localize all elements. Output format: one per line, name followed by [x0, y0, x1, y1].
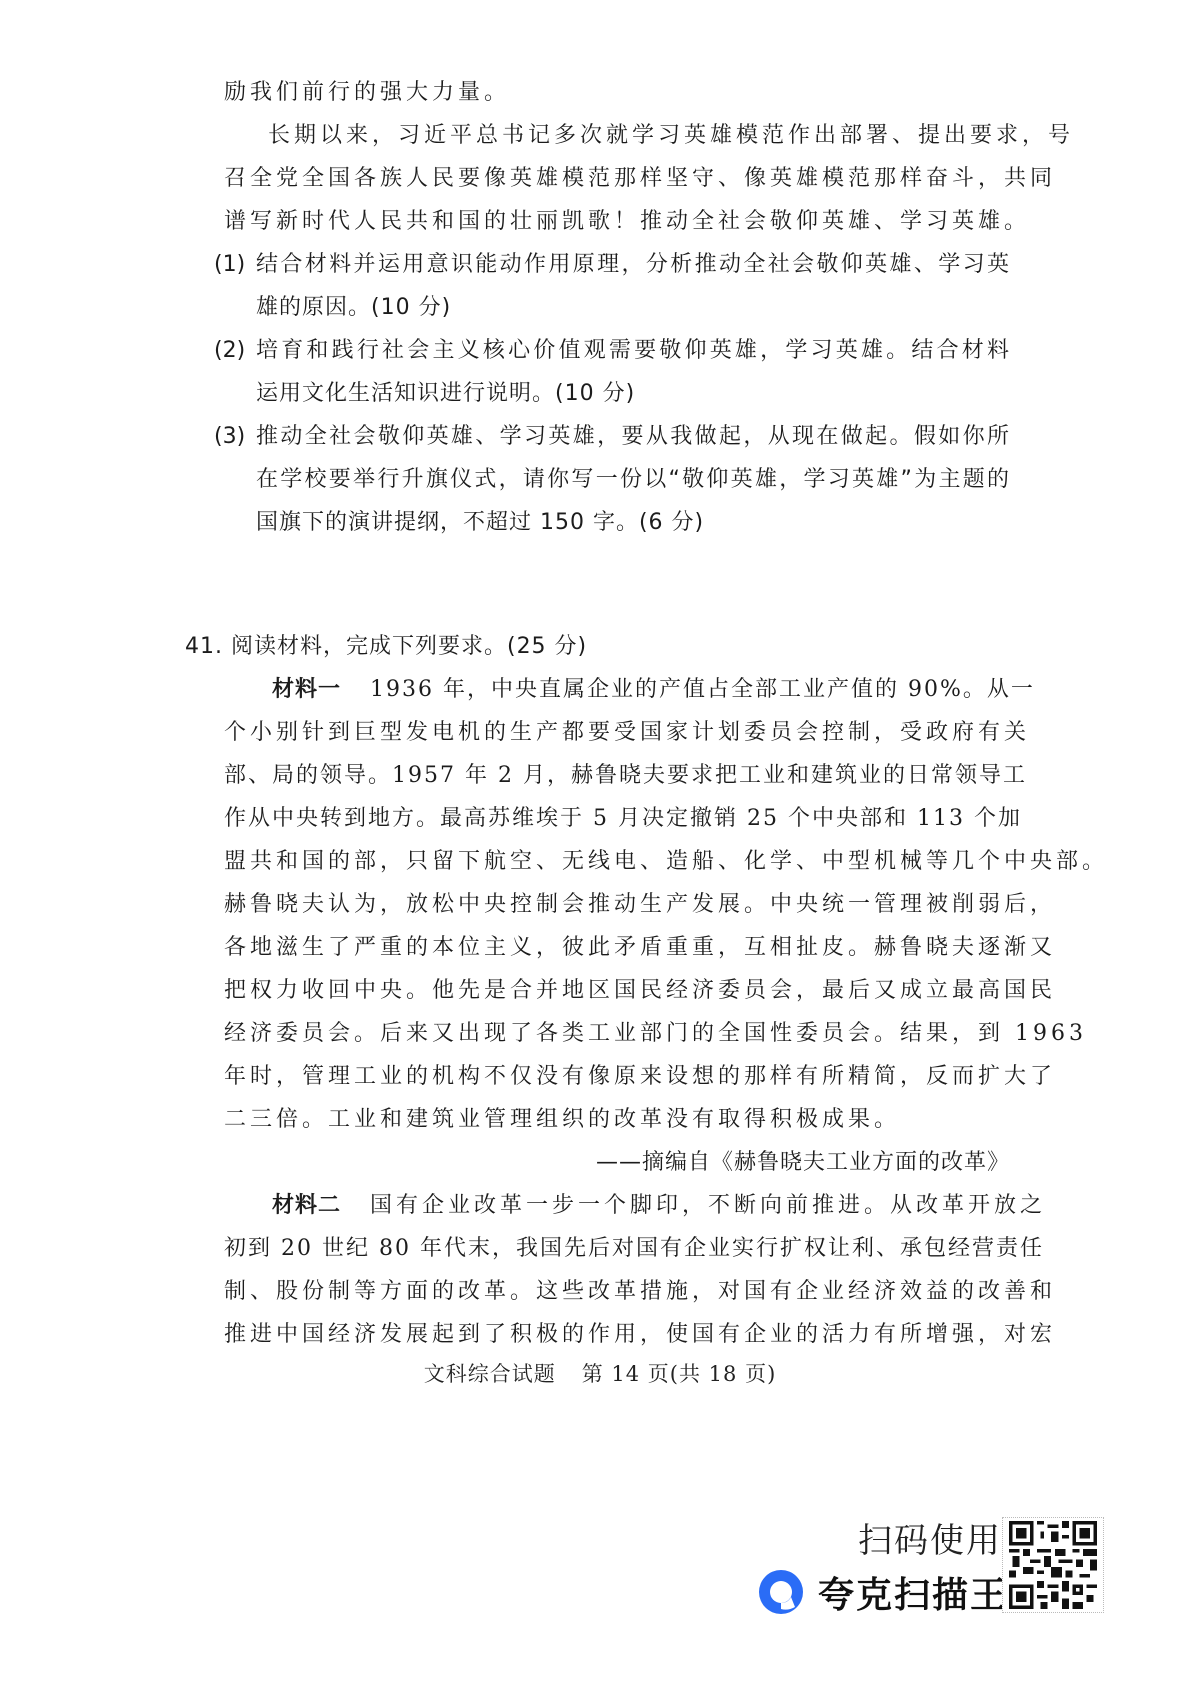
- material-line: 经济委员会。后来又出现了各类工业部门的全国性委员会。结果，到 1963: [224, 1019, 1010, 1049]
- paragraph-line: 谱写新时代人民共和国的壮丽凯歌！推动全社会敬仰英雄、学习英雄。: [224, 207, 1030, 237]
- material-1-label: 材料一: [272, 675, 341, 705]
- paragraph-line: 召全党全国各族人民要像英雄模范那样坚守、像英雄模范那样奋斗，共同: [224, 164, 1010, 194]
- material-line: 制、股份制等方面的改革。这些改革措施，对国有企业经济效益的改善和: [224, 1277, 1010, 1307]
- material-line: 把权力收回中央。他先是合并地区国民经济委员会，最后又成立最高国民: [224, 976, 1010, 1006]
- page-footer: 文科综合试题第 14 页(共 18 页): [0, 1358, 1200, 1388]
- exam-page: 励我们前行的强大力量。 长期以来，习近平总书记多次就学习英雄模范作出部署、提出要…: [0, 0, 1200, 1697]
- question-text: 运用文化生活知识进行说明。(10 分): [256, 379, 635, 409]
- brand-name: 夸克扫描王: [818, 1567, 1008, 1618]
- material-line: 各地滋生了严重的本位主义，彼此矛盾重重，互相扯皮。赫鲁晓夫逐渐又: [224, 933, 1010, 963]
- material-line: 二三倍。工业和建筑业管理组织的改革没有取得积极成果。: [224, 1105, 900, 1135]
- material-2-label: 材料二: [272, 1191, 341, 1221]
- scan-to-use-label: 扫码使用: [858, 1521, 1002, 1561]
- material-line: 作从中央转到地方。最高苏维埃于 5 月决定撤销 25 个中央部和 113 个加: [224, 804, 1010, 834]
- qr-code-icon: [1006, 1521, 1100, 1609]
- material-source: ——摘编自《赫鲁晓夫工业方面的改革》: [596, 1148, 1010, 1178]
- question-number: (3): [214, 422, 245, 452]
- material-line: 初到 20 世纪 80 年代末，我国先后对国有企业实行扩权让利、承包经营责任: [224, 1234, 1010, 1264]
- quark-logo-icon: [758, 1569, 804, 1615]
- material-line: 部、局的领导。1957 年 2 月，赫鲁晓夫要求把工业和建筑业的日常领导工: [224, 761, 1010, 791]
- material-line: 推进中国经济发展起到了积极的作用，使国有企业的活力有所增强，对宏: [224, 1320, 1010, 1350]
- question-number: (2): [214, 336, 245, 366]
- paragraph-line: 长期以来，习近平总书记多次就学习英雄模范作出部署、提出要求，号: [268, 121, 1010, 151]
- material-line: 盟共和国的部，只留下航空、无线电、造船、化学、中型机械等几个中央部。: [224, 847, 1010, 877]
- question-number: (1): [214, 250, 245, 280]
- question-text: 雄的原因。(10 分): [256, 293, 451, 323]
- paragraph-line: 励我们前行的强大力量。: [224, 78, 510, 108]
- question-text: 结合材料并运用意识能动作用原理，分析推动全社会敬仰英雄、学习英: [256, 250, 1010, 280]
- question-text: 培育和践行社会主义核心价值观需要敬仰英雄，学习英雄。结合材料: [256, 336, 1010, 366]
- question-text: 推动全社会敬仰英雄、学习英雄，要从我做起，从现在做起。假如你所: [256, 422, 1010, 452]
- material-line: 1936 年，中央直属企业的产值占全部工业产值的 90%。从一: [370, 675, 1010, 705]
- material-line: 国有企业改革一步一个脚印，不断向前推进。从改革开放之: [370, 1191, 1010, 1221]
- material-line: 年时，管理工业的机构不仅没有像原来设想的那样有所精简，反而扩大了: [224, 1062, 1010, 1092]
- question-text: 国旗下的演讲提纲，不超过 150 字。(6 分): [256, 508, 704, 538]
- material-line: 个小别针到巨型发电机的生产都要受国家计划委员会控制，受政府有关: [224, 718, 1010, 748]
- quark-scanner-brand: 夸克扫描王: [758, 1569, 1008, 1615]
- material-line: 赫鲁晓夫认为，放松中央控制会推动生产发展。中央统一管理被削弱后，: [224, 890, 1010, 920]
- footer-subject: 文科综合试题: [424, 1362, 556, 1386]
- question-41-heading: 41. 阅读材料，完成下列要求。(25 分): [185, 632, 587, 662]
- footer-page-number: 第 14 页(共 18 页): [582, 1362, 777, 1386]
- question-text: 在学校要举行升旗仪式，请你写一份以“敬仰英雄，学习英雄”为主题的: [256, 465, 1010, 495]
- qr-code[interactable]: [1002, 1517, 1104, 1613]
